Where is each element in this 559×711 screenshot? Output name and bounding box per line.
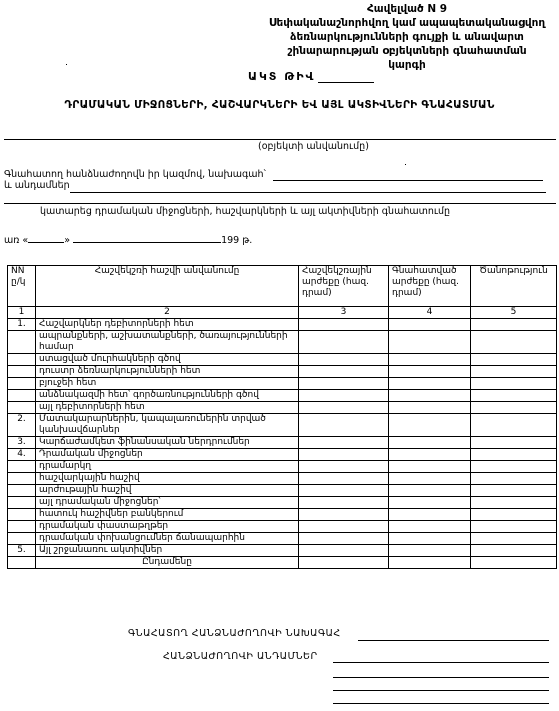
column-number: 1	[8, 307, 36, 319]
row-number	[8, 485, 36, 497]
member-signature-field-3[interactable]	[333, 690, 549, 691]
row-account-name: հաշվարկային հաշիվ	[36, 473, 299, 485]
column-number: 2	[36, 307, 299, 319]
table-row: դուստր ձեռնարկությունների հետ	[8, 366, 557, 378]
row-account-name: դուստր ձեռնարկությունների հետ	[36, 366, 299, 378]
book-value-cell[interactable]	[299, 378, 389, 390]
column-number: 3	[299, 307, 389, 319]
month-field[interactable]	[73, 233, 221, 243]
book-value-cell[interactable]	[299, 473, 389, 485]
member-signature-field-4[interactable]	[333, 703, 549, 704]
row-number	[8, 473, 36, 485]
appraised-value-cell[interactable]	[389, 449, 471, 461]
book-value-cell[interactable]	[299, 390, 389, 402]
note-cell[interactable]	[471, 402, 557, 414]
appraised-value-cell[interactable]	[389, 461, 471, 473]
book-value-cell[interactable]	[299, 354, 389, 366]
row-account-name: անձնակազմի հետ՝ գործառնությունների գծով	[36, 390, 299, 402]
date-middle: »	[64, 235, 70, 246]
column-number: 5	[471, 307, 557, 319]
object-name-field[interactable]	[4, 139, 556, 140]
members-label: և անդամներ	[4, 180, 70, 191]
appraised-value-cell[interactable]	[389, 437, 471, 449]
col-header-number: NN ը/կ	[8, 266, 36, 307]
note-cell[interactable]	[471, 545, 557, 557]
row-account-name: Դրամական միջոցներ	[36, 449, 299, 461]
note-cell[interactable]	[471, 473, 557, 485]
book-value-cell[interactable]	[299, 521, 389, 533]
row-number: 4.	[8, 449, 36, 461]
table-row: այլ դեբիտորների հետ	[8, 402, 557, 414]
appraised-value-cell[interactable]	[389, 319, 471, 331]
row-account-name: ստացված մուրհակների գծով	[36, 354, 299, 366]
note-cell[interactable]	[471, 461, 557, 473]
appraised-value-cell[interactable]	[389, 497, 471, 509]
row-account-name: դրամարկղ	[36, 461, 299, 473]
row-account-name: այլ դեբիտորների հետ	[36, 402, 299, 414]
table-row: հաշվարկային հաշիվ	[8, 473, 557, 485]
appraised-value-cell[interactable]	[389, 473, 471, 485]
note-cell[interactable]	[471, 414, 557, 437]
book-value-cell[interactable]	[299, 437, 389, 449]
row-number	[8, 331, 36, 354]
book-value-total-cell[interactable]	[299, 557, 389, 569]
table-row: ստացված մուրհակների գծով	[8, 354, 557, 366]
member-signature-field-2[interactable]	[333, 677, 549, 678]
row-number: 3.	[8, 437, 36, 449]
members-names-field[interactable]	[70, 192, 546, 193]
note-cell[interactable]	[471, 390, 557, 402]
appraised-value-cell[interactable]	[389, 509, 471, 521]
row-account-name: Այլ շրջանառու ակտիվներ	[36, 545, 299, 557]
appraised-value-cell[interactable]	[389, 533, 471, 545]
annex-number: Հավելված N 9	[255, 2, 559, 16]
appraised-value-cell[interactable]	[389, 331, 471, 354]
book-value-cell[interactable]	[299, 366, 389, 378]
column-numbers-row: 1 2 3 4 5	[8, 307, 557, 319]
col-header-note: Ծանոթություն	[471, 266, 557, 307]
row-account-name: արժութային հաշիվ	[36, 485, 299, 497]
book-value-cell[interactable]	[299, 319, 389, 331]
table-row: 4.Դրամական միջոցներ	[8, 449, 557, 461]
row-account-name: Հաշվարկներ դեբիտորների հետ	[36, 319, 299, 331]
act-number: ԱԿՏ ԹԻՎ	[248, 70, 374, 83]
book-value-cell[interactable]	[299, 331, 389, 354]
document-title: ԴՐԱՄԱԿԱՆ ՄԻՋՈՑՆԵՐԻ, ՀԱՇՎԱՐԿՆԵՐԻ ԵՎ ԱՅԼ Ա…	[0, 99, 559, 111]
row-number: 1.	[8, 319, 36, 331]
annex-line: Սեփականաշնորհվող կամ ապապետականացվող	[255, 16, 559, 30]
appraised-value-cell[interactable]	[389, 414, 471, 437]
appraised-value-cell[interactable]	[389, 378, 471, 390]
row-number	[8, 557, 36, 569]
total-label: Ընդամենը	[36, 557, 299, 569]
note-cell[interactable]	[471, 533, 557, 545]
table-row: 1.Հաշվարկներ դեբիտորների հետ	[8, 319, 557, 331]
row-account-name: հատուկ հաշիվներ բանկերում	[36, 509, 299, 521]
stray-dot	[66, 64, 67, 65]
note-cell[interactable]	[471, 497, 557, 509]
date-suffix: 199 թ.	[221, 235, 252, 246]
note-cell[interactable]	[471, 354, 557, 366]
appraised-value-cell[interactable]	[389, 390, 471, 402]
row-number	[8, 378, 36, 390]
appraised-value-cell[interactable]	[389, 545, 471, 557]
table-row: ապրանքների, աշխատանքների, ծառայություննե…	[8, 331, 557, 354]
date-line: առ «» 199 թ.	[4, 233, 252, 246]
row-number: 5.	[8, 545, 36, 557]
total-row: Ընդամենը	[8, 557, 557, 569]
row-number	[8, 533, 36, 545]
row-number	[8, 354, 36, 366]
annex-line: շինարարության օբյեկտների գնահատման	[255, 44, 559, 58]
appraised-value-cell[interactable]	[389, 402, 471, 414]
table-header-row: NN ը/կ Հաշվեկշռի հաշվի անվանումը Հաշվեկշ…	[8, 266, 557, 307]
note-cell[interactable]	[471, 485, 557, 497]
note-cell[interactable]	[471, 437, 557, 449]
book-value-cell[interactable]	[299, 533, 389, 545]
note-cell[interactable]	[471, 521, 557, 533]
col-header-book-value: Հաշվեկշռային արժեքը (հազ. դրամ)	[299, 266, 389, 307]
book-value-cell[interactable]	[299, 414, 389, 437]
note-total-cell[interactable]	[471, 557, 557, 569]
table-row: 5.Այլ շրջանառու ակտիվներ	[8, 545, 557, 557]
note-cell[interactable]	[471, 449, 557, 461]
column-number: 4	[389, 307, 471, 319]
row-number	[8, 509, 36, 521]
note-cell[interactable]	[471, 509, 557, 521]
book-value-cell[interactable]	[299, 449, 389, 461]
day-field[interactable]	[28, 233, 64, 243]
table-row: 3.Կարճաժամկետ ֆինանսական ներդրումներ	[8, 437, 557, 449]
annex-line: ձեռնարկությունների գույքի և անավարտ	[255, 30, 559, 44]
row-number	[8, 521, 36, 533]
table-row: արժութային հաշիվ	[8, 485, 557, 497]
performed-text: կատարեց դրամական միջոցների, հաշվարկների …	[40, 206, 450, 217]
note-cell[interactable]	[471, 319, 557, 331]
row-account-name: Մատակարարներին, կապալառուներին տրված կան…	[36, 414, 299, 437]
row-number	[8, 402, 36, 414]
book-value-cell[interactable]	[299, 497, 389, 509]
act-number-field[interactable]	[318, 71, 374, 83]
member-signature-field-1[interactable]	[333, 662, 549, 663]
row-account-name: այլ դրամական միջոցներ՝	[36, 497, 299, 509]
appraised-value-total-cell[interactable]	[389, 557, 471, 569]
table-row: բյուջեի հետ	[8, 378, 557, 390]
date-prefix: առ «	[4, 235, 28, 246]
valuation-table: NN ը/կ Հաշվեկշռի հաշվի անվանումը Հաշվեկշ…	[7, 265, 557, 569]
table-row: անձնակազմի հետ՝ գործառնությունների գծով	[8, 390, 557, 402]
appraised-value-cell[interactable]	[389, 366, 471, 378]
table-row: դրամարկղ	[8, 461, 557, 473]
note-cell[interactable]	[471, 378, 557, 390]
book-value-cell[interactable]	[299, 461, 389, 473]
book-value-cell[interactable]	[299, 485, 389, 497]
note-cell[interactable]	[471, 366, 557, 378]
col-header-account-name: Հաշվեկշռի հաշվի անվանումը	[36, 266, 299, 307]
book-value-cell[interactable]	[299, 402, 389, 414]
annex-header: Հավելված N 9 Սեփականաշնորհվող կամ ապապետ…	[255, 2, 559, 72]
act-label: ԱԿՏ ԹԻՎ	[248, 70, 315, 83]
row-account-name: Կարճաժամկետ ֆինանսական ներդրումներ	[36, 437, 299, 449]
table-row: հատուկ հաշիվներ բանկերում	[8, 509, 557, 521]
book-value-cell[interactable]	[299, 509, 389, 521]
table-row: այլ դրամական միջոցներ՝	[8, 497, 557, 509]
col-header-appraised-value: Գնահատված արժեքը (հազ. դրամ)	[389, 266, 471, 307]
stray-dot	[405, 164, 406, 165]
chair-signature-field[interactable]	[358, 640, 549, 641]
row-number	[8, 497, 36, 509]
commission-label: Գնահատող հանձնաժողովն իր կազմով, նախագահ…	[4, 169, 266, 180]
members-signature-label: ՀԱՆՁՆԱԺՈՂՈՎԻ ԱՆԴԱՄՆԵՐ	[163, 651, 318, 662]
extra-line-field[interactable]	[4, 203, 556, 204]
chair-signature-label: ԳՆԱՀԱՏՈՂ ՀԱՆՁՆԱԺՈՂՈՎԻ ՆԱԽԱԳԱՀ	[128, 628, 341, 639]
row-account-name: բյուջեի հետ	[36, 378, 299, 390]
row-account-name: ապրանքների, աշխատանքների, ծառայություննե…	[36, 331, 299, 354]
appraised-value-cell[interactable]	[389, 521, 471, 533]
object-name-caption: (օբյեկտի անվանումը)	[258, 141, 369, 152]
appraised-value-cell[interactable]	[389, 354, 471, 366]
row-number: 2.	[8, 414, 36, 437]
row-number	[8, 461, 36, 473]
row-number	[8, 390, 36, 402]
table-row: դրամական փաստաթղթեր	[8, 521, 557, 533]
row-number	[8, 366, 36, 378]
table-row: 2.Մատակարարներին, կապալառուներին տրված կ…	[8, 414, 557, 437]
note-cell[interactable]	[471, 331, 557, 354]
table-row: դրամական փոխանցումներ ճանապարհին	[8, 533, 557, 545]
appraised-value-cell[interactable]	[389, 485, 471, 497]
chair-name-field[interactable]	[273, 180, 543, 181]
row-account-name: դրամական փաստաթղթեր	[36, 521, 299, 533]
row-account-name: դրամական փոխանցումներ ճանապարհին	[36, 533, 299, 545]
book-value-cell[interactable]	[299, 545, 389, 557]
